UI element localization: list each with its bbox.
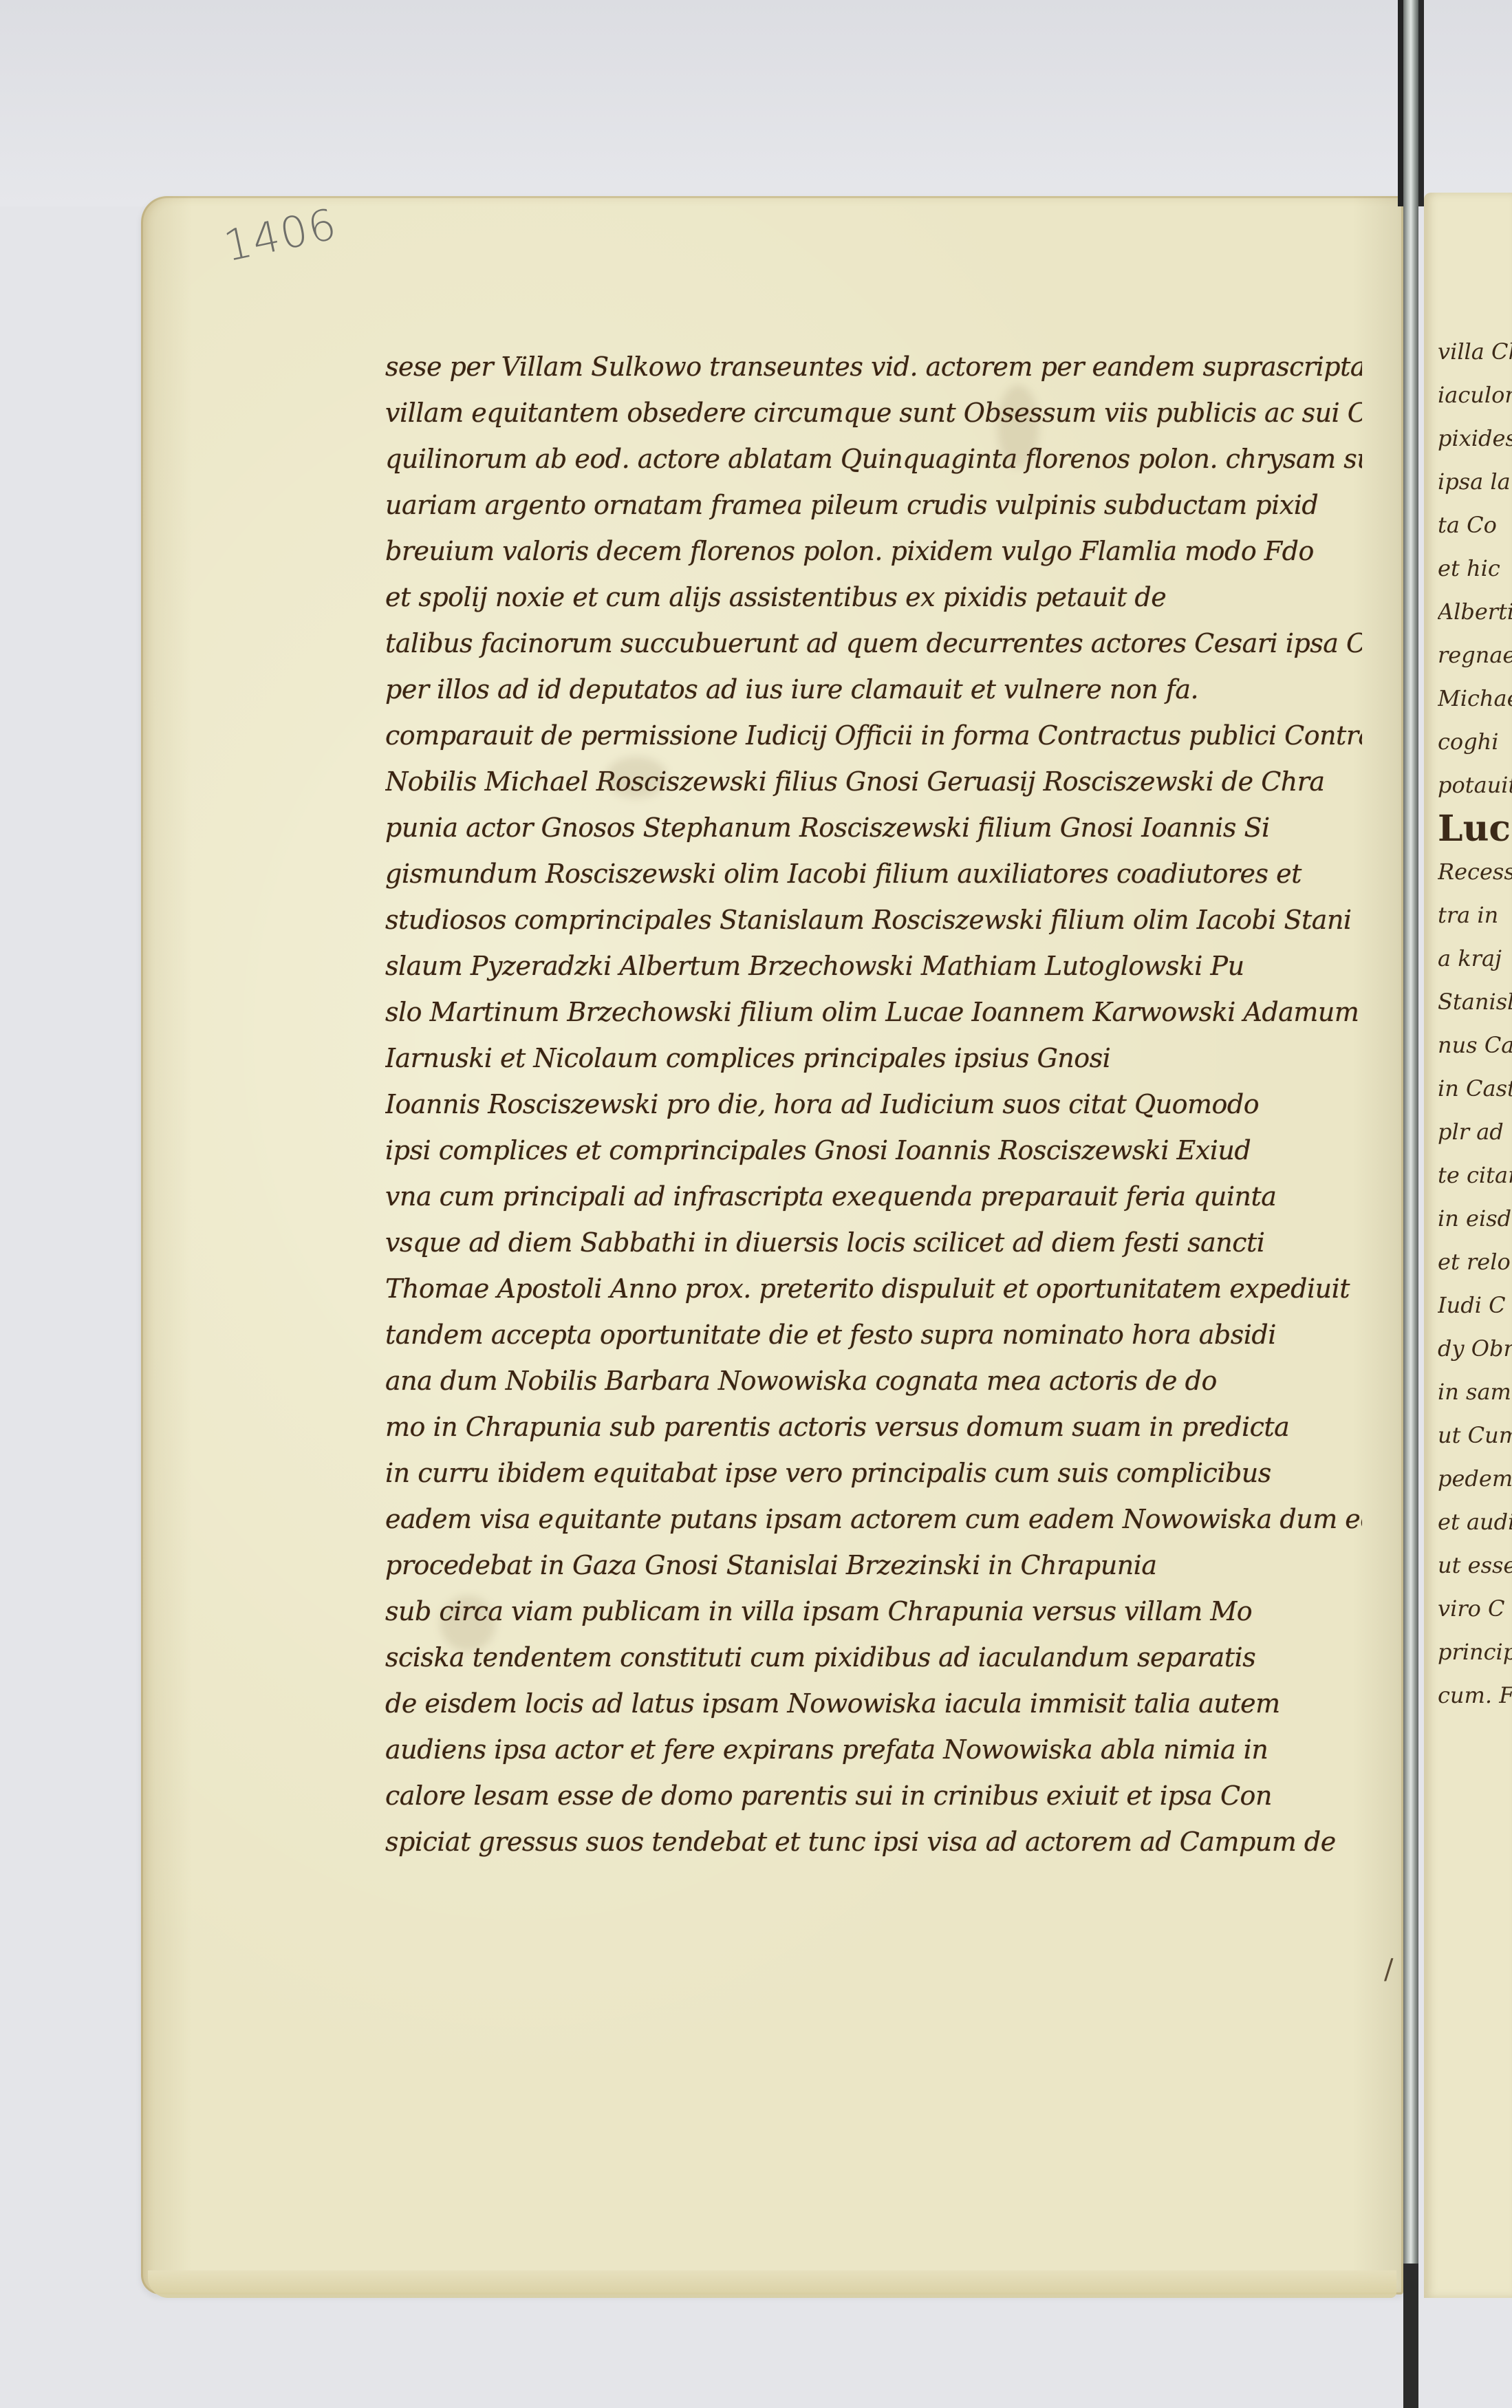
facing-line: regnae — [1438, 634, 1512, 677]
facing-page-text: villa Chr iaculoris pixidesq ipsa la ta … — [1438, 330, 1512, 1717]
spine-shadow — [1398, 0, 1403, 206]
text-line: de eisdem locis ad latus ipsam Nowowiska… — [385, 1681, 1362, 1727]
facing-line: viro C — [1438, 1587, 1512, 1631]
text-line: in curru ibidem equitabat ipse vero prin… — [385, 1450, 1362, 1496]
facing-line: iaculoris — [1438, 374, 1512, 417]
text-line: calore lesam esse de domo parentis sui i… — [385, 1773, 1362, 1819]
facing-line: et hic — [1438, 547, 1512, 590]
text-line: uariam argento ornatam framea pileum cru… — [385, 482, 1362, 528]
facing-line: Alberti — [1438, 590, 1512, 634]
margin-mark: / — [1384, 1954, 1393, 1986]
text-line: tandem accepta oportunitate die et festo… — [385, 1312, 1362, 1358]
text-line: gismundum Rosciszewski olim Iacobi filiu… — [385, 851, 1362, 897]
facing-line: cum. Fr — [1438, 1674, 1512, 1717]
text-line: comparauit de permissione Iudicij Offici… — [385, 713, 1362, 759]
text-line: Thomae Apostoli Anno prox. preterito dis… — [385, 1266, 1362, 1312]
text-line: et spolij noxie et cum alijs assistentib… — [385, 574, 1362, 621]
text-line: spiciat gressus suos tendebat et tunc ip… — [385, 1819, 1362, 1865]
facing-line: Iudi C — [1438, 1284, 1512, 1327]
facing-line: in eisdem — [1438, 1197, 1512, 1240]
text-line: slo Martinum Brzechowski filium olim Luc… — [385, 989, 1362, 1035]
facing-line: potauit — [1438, 764, 1512, 807]
text-line: per illos ad id deputatos ad ius iure cl… — [385, 667, 1362, 713]
manuscript-text: sese per Villam Sulkowo transeuntes vid.… — [385, 344, 1362, 1865]
spine-shadow-bottom — [1403, 2264, 1418, 2408]
text-line: sub circa viam publicam in villa ipsam C… — [385, 1589, 1362, 1635]
facing-line: a kraj — [1438, 937, 1512, 980]
facing-line: Recessit — [1438, 850, 1512, 894]
text-line: audiens ipsa actor et fere expirans pref… — [385, 1727, 1362, 1773]
facing-line: Michae — [1438, 677, 1512, 720]
text-line: studiosos comprincipales Stanislaum Rosc… — [385, 897, 1362, 943]
text-line: mo in Chrapunia sub parentis actoris ver… — [385, 1404, 1362, 1450]
facing-line: ipsa la — [1438, 460, 1512, 504]
spine-shadow — [1418, 0, 1424, 206]
text-line: ipsi complices et comprincipales Gnosi I… — [385, 1128, 1362, 1174]
facing-line: Stanisla — [1438, 980, 1512, 1024]
facing-line: ta Co — [1438, 504, 1512, 547]
text-line: villam equitantem obsedere circumque sun… — [385, 390, 1362, 436]
text-line: Ioannis Rosciszewski pro die, hora ad Iu… — [385, 1082, 1362, 1128]
facing-line: coghi — [1438, 720, 1512, 764]
text-line: punia actor Gnosos Stephanum Rosciszewsk… — [385, 805, 1362, 851]
text-line: vna cum principali ad infrascripta exequ… — [385, 1174, 1362, 1220]
page-bottom-edge — [148, 2270, 1396, 2298]
facing-line: ut esse — [1438, 1544, 1512, 1587]
facing-line: te citar — [1438, 1154, 1512, 1197]
background-top — [0, 0, 1512, 206]
facing-line: ut Cum — [1438, 1414, 1512, 1457]
text-line: talibus facinorum succubuerunt ad quem d… — [385, 621, 1362, 667]
facing-line: pedem — [1438, 1457, 1512, 1501]
facing-line: in sami — [1438, 1370, 1512, 1414]
text-line: vsque ad diem Sabbathi in diuersis locis… — [385, 1220, 1362, 1266]
text-line: Iarnuski et Nicolaum complices principal… — [385, 1035, 1362, 1082]
facing-line: in Cast — [1438, 1067, 1512, 1110]
glass-spine-rod — [1403, 0, 1418, 2408]
facing-line: et audi — [1438, 1501, 1512, 1544]
text-line: Nobilis Michael Rosciszewski filius Gnos… — [385, 759, 1362, 805]
facing-line: dy Obr — [1438, 1327, 1512, 1370]
text-line: sese per Villam Sulkowo transeuntes vid.… — [385, 344, 1362, 390]
text-line: eadem visa equitante putans ipsam actore… — [385, 1496, 1362, 1542]
facing-line: nus Cas — [1438, 1024, 1512, 1067]
facing-line: plr ad — [1438, 1110, 1512, 1154]
facing-line: principi — [1438, 1631, 1512, 1674]
text-line: breuium valoris decem florenos polon. pi… — [385, 528, 1362, 574]
facing-line: villa Chr — [1438, 330, 1512, 374]
facing-heading: Luc — [1438, 807, 1512, 850]
facing-line: tra in — [1438, 894, 1512, 937]
text-line: quilinorum ab eod. actore ablatam Quinqu… — [385, 436, 1362, 482]
text-line: ana dum Nobilis Barbara Nowowiska cognat… — [385, 1358, 1362, 1404]
facing-line: pixidesq — [1438, 417, 1512, 460]
text-line: slaum Pyzeradzki Albertum Brzechowski Ma… — [385, 943, 1362, 989]
text-line: sciska tendentem constituti cum pixidibu… — [385, 1635, 1362, 1681]
text-line: procedebat in Gaza Gnosi Stanislai Brzez… — [385, 1542, 1362, 1589]
facing-line: et relo — [1438, 1240, 1512, 1284]
